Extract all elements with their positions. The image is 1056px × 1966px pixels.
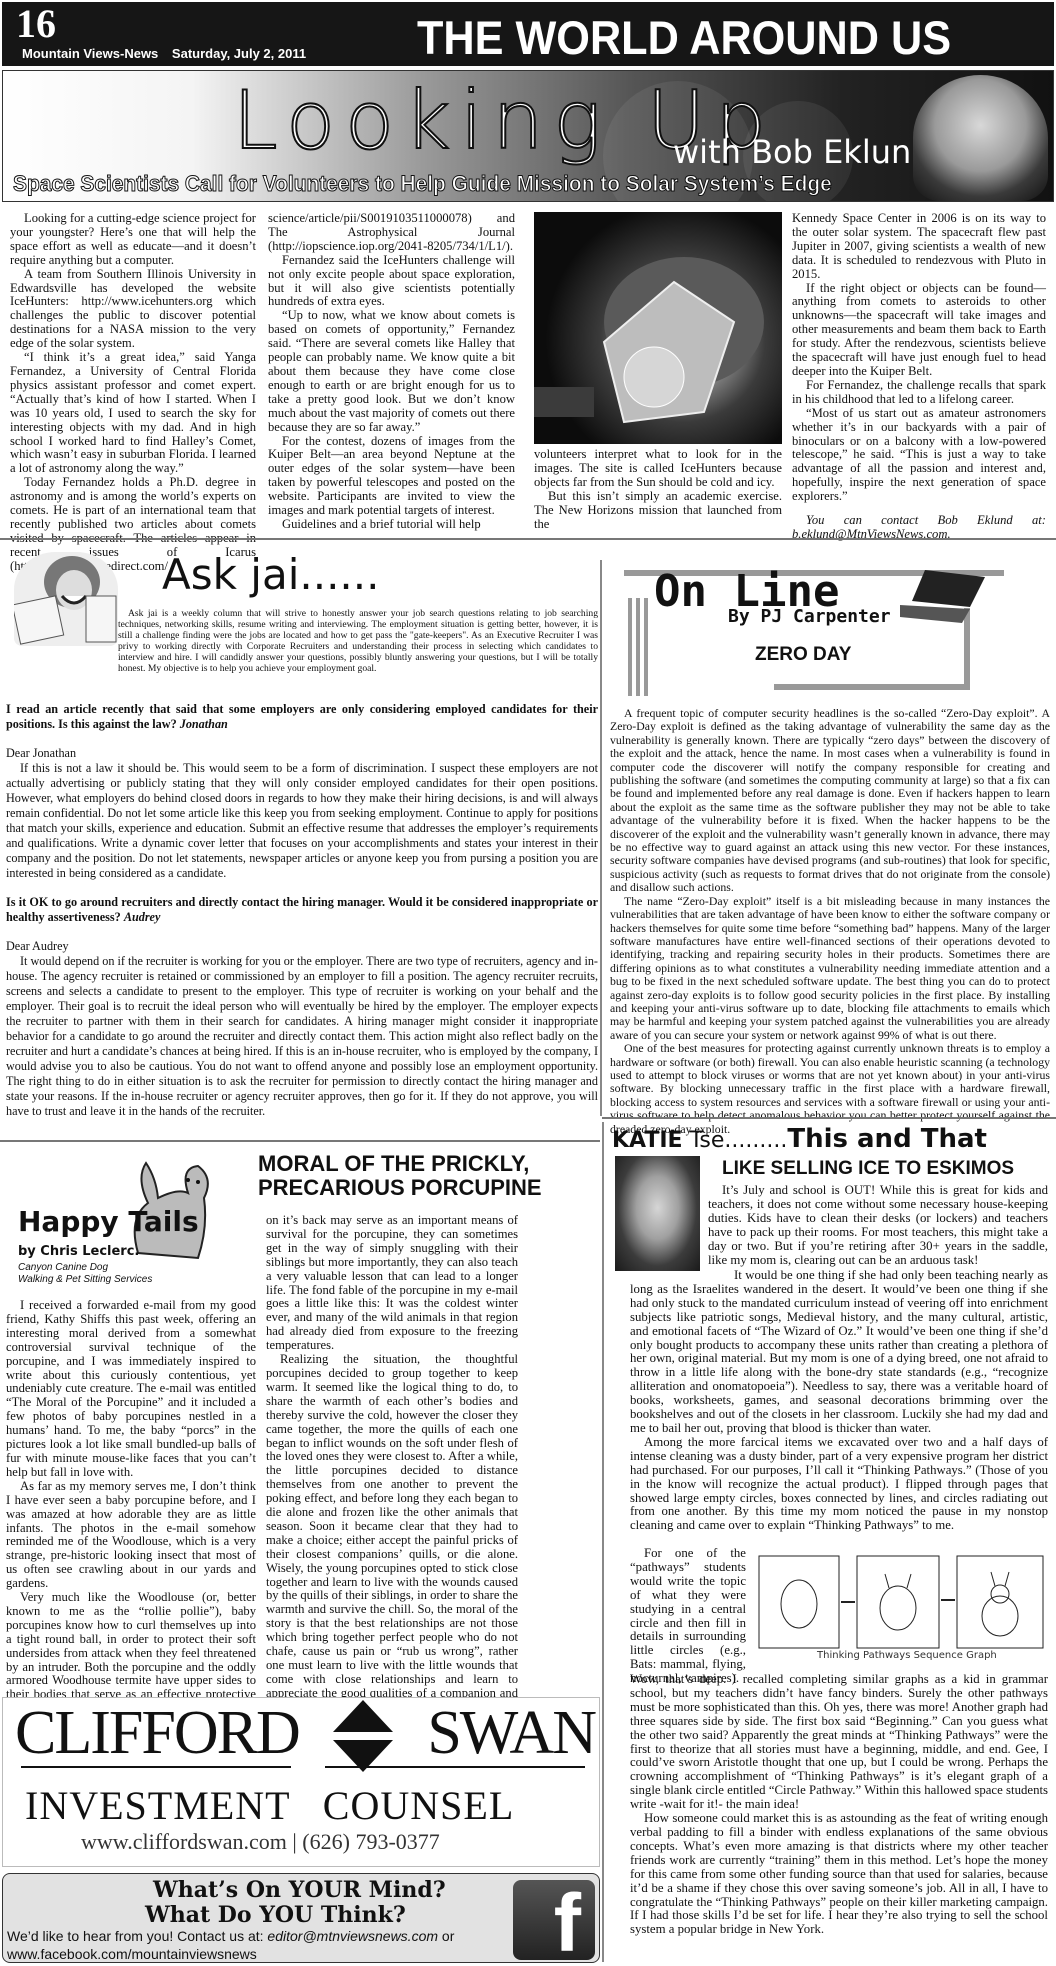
paragraph: For Fernandez, the challenge recalls tha… bbox=[792, 379, 1046, 407]
editor-email-link[interactable]: editor@mtnviewsnews.com bbox=[267, 1928, 438, 1944]
ad-tagline: INVESTMENT COUNSEL bbox=[25, 1782, 514, 1829]
paragraph: “Up to now, what we know about comets is… bbox=[268, 309, 515, 434]
laptop-icon bbox=[900, 565, 990, 625]
paragraph: Looking for a cutting-edge science proje… bbox=[10, 212, 256, 268]
looking-up-column-1: Looking for a cutting-edge science proje… bbox=[10, 212, 256, 574]
paragraph: For the contest, dozens of images from t… bbox=[268, 435, 515, 518]
paragraph: How someone could market this is as asto… bbox=[630, 1812, 1048, 1937]
paragraph: volunteers interpret what to look for in… bbox=[534, 448, 782, 490]
firm-name-left: CLIFFORD bbox=[15, 1698, 299, 1774]
ask-jai-intro: Ask jai is a weekly column that will str… bbox=[118, 608, 598, 674]
column-divider bbox=[600, 560, 602, 1116]
author-photo bbox=[913, 75, 1048, 201]
column-divider bbox=[602, 1122, 604, 1962]
ad-heading-line-2: What Do YOU Think? bbox=[145, 1902, 406, 1928]
porcupine-headline: MORAL OF THE PRICKLY, PRECARIOUS PORCUPI… bbox=[258, 1152, 558, 1200]
question-2: Is it OK to go around recruiters and dir… bbox=[6, 895, 598, 925]
katie-body: It would be one thing if she had only be… bbox=[630, 1269, 1048, 1533]
salutation: Dear Jonathan bbox=[6, 746, 598, 761]
salutation: Dear Audrey bbox=[6, 939, 598, 954]
paragraph: The name “Zero-Day exploit” itself is a … bbox=[610, 895, 1050, 1042]
columnist-name: KATIE bbox=[612, 1128, 683, 1153]
spacecraft-illustration bbox=[534, 212, 782, 444]
online-byline: By PJ Carpenter bbox=[728, 606, 891, 627]
paragraph: Fernandez said the IceHunters challenge … bbox=[268, 254, 515, 310]
article-headline: Space Scientists Call for Volunteers to … bbox=[13, 171, 832, 197]
paragraph: Realizing the situation, the thoughtful … bbox=[266, 1353, 518, 1728]
looking-up-banner: Looking Up with Bob Eklund Space Scienti… bbox=[2, 70, 1054, 202]
divider bbox=[0, 538, 1056, 540]
masthead: 16 Mountain Views-News Saturday, July 2,… bbox=[2, 2, 1054, 66]
paragraph: For one of the “pathways” students would… bbox=[630, 1547, 746, 1686]
columnist-surname: Tse......... bbox=[690, 1128, 788, 1153]
contact-text: We’d like to hear from you! Contact us a… bbox=[7, 1928, 267, 1944]
ad-heading-line-1: What’s On YOUR Mind? bbox=[153, 1877, 446, 1903]
swan-logo-icon bbox=[331, 1698, 395, 1774]
looking-up-column-2: science/article/pii/S0019103511000078) a… bbox=[268, 212, 515, 532]
ask-jai-title: Ask jai...... bbox=[162, 550, 379, 599]
ad-firm-name: CLIFFORD SWAN bbox=[15, 1698, 595, 1774]
online-headline: ZERO DAY bbox=[755, 644, 851, 666]
katie-column-title: KATIE Tse.........This and That bbox=[612, 1124, 987, 1154]
facebook-icon[interactable]: f bbox=[513, 1880, 595, 1960]
online-article: A frequent topic of computer security he… bbox=[610, 707, 1050, 1136]
ask-jai-cartoon bbox=[14, 552, 118, 646]
ask-jai-qa: I read an article recently that said tha… bbox=[6, 702, 598, 1119]
paragraph: “I think it’s a great idea,” said Yanga … bbox=[10, 351, 256, 476]
katie-body-continued: Wow, that’s deep. I recalled completing … bbox=[630, 1673, 1048, 1937]
question-author: Audrey bbox=[124, 910, 161, 924]
paragraph: If the right object or objects can be fo… bbox=[792, 282, 1046, 379]
paragraph: I received a forwarded e-mail from my go… bbox=[6, 1299, 256, 1480]
contact-or: or bbox=[438, 1928, 454, 1944]
divider bbox=[0, 1140, 600, 1142]
happy-tails-title: Happy Tails bbox=[18, 1205, 199, 1238]
paragraph: Kennedy Space Center in 2006 is on its w… bbox=[792, 212, 1046, 282]
firm-name-right: SWAN bbox=[427, 1698, 595, 1774]
masthead-meta: Mountain Views-News Saturday, July 2, 20… bbox=[22, 46, 316, 61]
paragraph: on it’s back may serve as an important m… bbox=[266, 1214, 518, 1353]
paper-name: Mountain Views-News bbox=[22, 46, 158, 61]
cartoon-woman-icon bbox=[14, 552, 118, 646]
author-company: Walking & Pet Sitting Services bbox=[18, 1274, 152, 1285]
issue-date: Saturday, July 2, 2011 bbox=[172, 46, 306, 61]
ad-website-phone[interactable]: www.cliffordswan.com | (626) 793-0377 bbox=[81, 1829, 440, 1855]
looking-up-column-4: Kennedy Space Center in 2006 is on its w… bbox=[792, 212, 1046, 542]
column-name: This and That bbox=[787, 1124, 987, 1154]
katie-intro-paragraph: It’s July and school is OUT! While this … bbox=[708, 1184, 1048, 1267]
paragraph: It would be one thing if she had only be… bbox=[630, 1269, 1048, 1436]
divider bbox=[325, 1766, 585, 1768]
columnist-photo bbox=[615, 1156, 700, 1271]
divider bbox=[21, 1766, 291, 1768]
question-author: Jonathan bbox=[180, 717, 228, 731]
paragraph: Among the more farcical items we excavat… bbox=[630, 1436, 1048, 1533]
katie-headline: LIKE SELLING ICE TO ESKIMOS bbox=[722, 1158, 1014, 1180]
spacecraft-photo bbox=[534, 212, 782, 444]
question-1: I read an article recently that said tha… bbox=[6, 702, 598, 732]
answer-1: If this is not a law it should be. This … bbox=[6, 761, 598, 881]
author-company: Canyon Canine Dog bbox=[18, 1262, 108, 1273]
paragraph: A frequent topic of computer security he… bbox=[610, 707, 1050, 895]
paragraph: science/article/pii/S0019103511000078) a… bbox=[268, 212, 515, 254]
paragraph: Guidelines and a brief tutorial will hel… bbox=[268, 518, 515, 532]
page-number: 16 bbox=[16, 2, 56, 46]
looking-up-column-3: volunteers interpret what to look for in… bbox=[534, 448, 782, 531]
answer-2: It would depend on if the recruiter is w… bbox=[6, 954, 598, 1119]
paragraph: A team from Southern Illinois University… bbox=[10, 268, 256, 351]
thinking-pathways-graph: Thinking Pathways Sequence Graph bbox=[757, 1552, 1047, 1672]
facebook-url-link[interactable]: www.facebook.com/mountainviewsnews bbox=[7, 1946, 257, 1962]
paragraph: It’s July and school is OUT! While this … bbox=[708, 1184, 1048, 1267]
graph-caption: Thinking Pathways Sequence Graph bbox=[817, 1650, 997, 1661]
katie-side-paragraph: For one of the “pathways” students would… bbox=[630, 1547, 746, 1686]
paragraph: But this isn’t simply an academic exerci… bbox=[534, 490, 782, 532]
paragraph: One of the best measures for protecting … bbox=[610, 1042, 1050, 1136]
clifford-swan-ad[interactable]: CLIFFORD SWAN INVESTMENT COUNSEL www.cli… bbox=[2, 1697, 600, 1867]
paragraph: Wow, that’s deep. I recalled completing … bbox=[630, 1673, 1048, 1812]
paragraph: “Most of us start out as amateur astrono… bbox=[792, 407, 1046, 504]
contact-line: We’d like to hear from you! Contact us a… bbox=[7, 1928, 454, 1944]
banner-byline: with Bob Eklund bbox=[673, 133, 932, 171]
paragraph: As far as my memory serves me, I don’t t… bbox=[6, 1480, 256, 1591]
section-title: THE WORLD AROUND US bbox=[417, 10, 951, 65]
happy-tails-byline: by Chris Leclerc. bbox=[18, 1244, 139, 1259]
divider bbox=[602, 1117, 1056, 1119]
whats-on-your-mind-ad: What’s On YOUR Mind? What Do YOU Think? … bbox=[2, 1873, 600, 1963]
